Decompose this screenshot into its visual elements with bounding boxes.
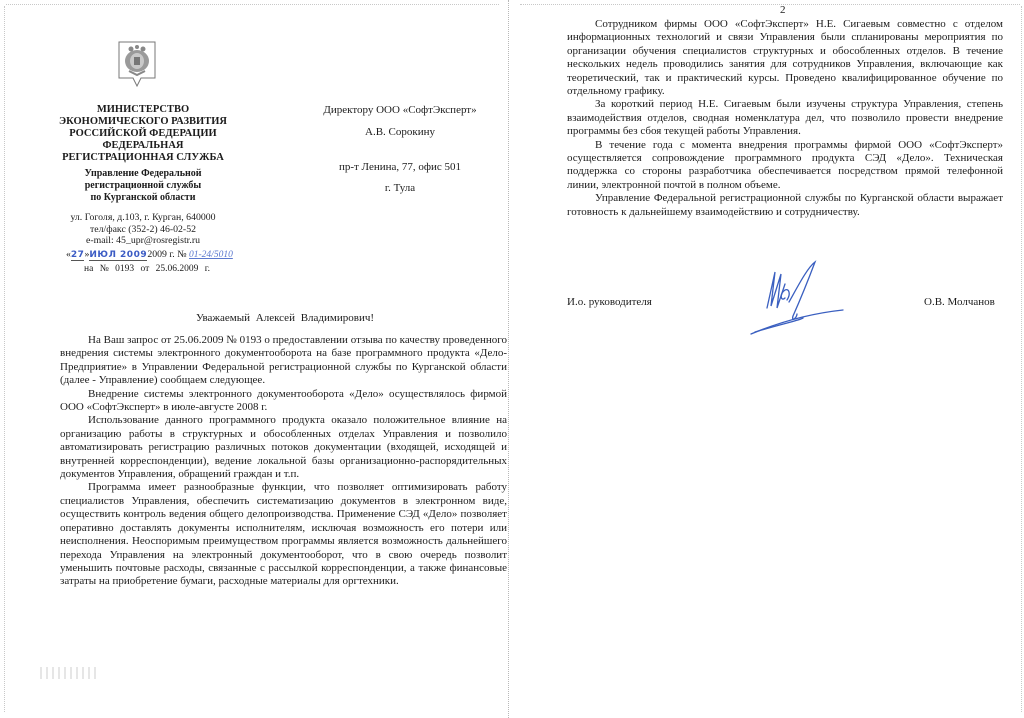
year-text: 2009 г. [147, 249, 174, 260]
signer-role: И.о. руководителя [567, 296, 652, 308]
addressee-name: А.В. Сорокину [290, 126, 510, 139]
letter-body-page-2: Сотрудником фирмы ООО «СофтЭксперт» Н.Е.… [567, 18, 1003, 219]
number-label: № [177, 249, 186, 260]
paragraph: За короткий период Н.Е. Сигаевым были из… [567, 98, 1003, 138]
ref-on: на [84, 264, 93, 274]
service-name: ФЕДЕРАЛЬНАЯ РЕГИСТРАЦИОННАЯ СЛУЖБА [48, 140, 238, 164]
paragraph: Использование данного программного проду… [60, 414, 507, 481]
phone-line: тел/факс (352-2) 46-02-52 [48, 224, 238, 236]
signature-icon [745, 258, 845, 338]
addressee-city: г. Тула [290, 182, 510, 195]
faint-stamp-mark [40, 667, 100, 679]
ministry-line: РОССИЙСКОЙ ФЕДЕРАЦИИ [48, 128, 238, 140]
ref-number: № 0193 [100, 264, 134, 274]
branch-line: по Курганской области [48, 192, 238, 204]
date-stamp-month: ИЮЛ 2009 [89, 250, 147, 261]
service-line: ФЕДЕРАЛЬНАЯ [48, 140, 238, 152]
sender-address: ул. Гоголя, д.103, г. Курган, 640000 тел… [48, 212, 238, 247]
addressee-title: Директору ООО «СофтЭксперт» [290, 104, 510, 117]
paragraph: В течение года с момента внедрения прогр… [567, 139, 1003, 193]
page-edge [1021, 6, 1022, 712]
registration-line: «27»ИЮЛ 20092009 г. № 01-24/5010 [66, 249, 233, 261]
branch-name: Управление Федеральной регистрационной с… [48, 168, 238, 204]
letter-body-page-1: На Ваш запрос от 25.06.2009 № 0193 о пре… [60, 334, 507, 589]
service-line: РЕГИСТРАЦИОННАЯ СЛУЖБА [48, 152, 238, 164]
signer-name: О.В. Молчанов [924, 296, 995, 308]
paragraph: Программа имеет разнообразные функции, ч… [60, 481, 507, 588]
reference-line: на № 0193 от 25.06.2009 г. [84, 264, 210, 274]
paragraph: Сотрудником фирмы ООО «СофтЭксперт» Н.Е.… [567, 18, 1003, 98]
branch-line: регистрационной службы [48, 180, 238, 192]
email-line: e-mail: 45_upr@rosregistr.ru [48, 235, 238, 247]
page-edge [6, 4, 499, 5]
ministry-line: МИНИСТЕРСТВО [48, 104, 238, 116]
date-stamp-day: 27 [71, 250, 85, 261]
outgoing-number: 01-24/5010 [189, 250, 233, 260]
salutation: Уважаемый Алексей Владимирович! [60, 312, 510, 324]
page-number: 2 [780, 4, 786, 16]
addressee-street: пр-т Ленина, 77, офис 501 [290, 161, 510, 174]
ministry-name: МИНИСТЕРСТВО ЭКОНОМИЧЕСКОГО РАЗВИТИЯ РОС… [48, 104, 238, 140]
page-edge [520, 4, 1020, 5]
paragraph: Управление Федеральной регистрационной с… [567, 192, 1003, 219]
branch-line: Управление Федеральной [48, 168, 238, 180]
ministry-line: ЭКОНОМИЧЕСКОГО РАЗВИТИЯ [48, 116, 238, 128]
ref-date: от 25.06.2009 г. [141, 264, 210, 274]
coat-of-arms-icon [117, 40, 157, 88]
page-edge [4, 6, 5, 712]
paragraph: Внедрение системы электронного документо… [60, 388, 507, 415]
address-line: ул. Гоголя, д.103, г. Курган, 640000 [48, 212, 238, 224]
paragraph: На Ваш запрос от 25.06.2009 № 0193 о пре… [60, 334, 507, 388]
